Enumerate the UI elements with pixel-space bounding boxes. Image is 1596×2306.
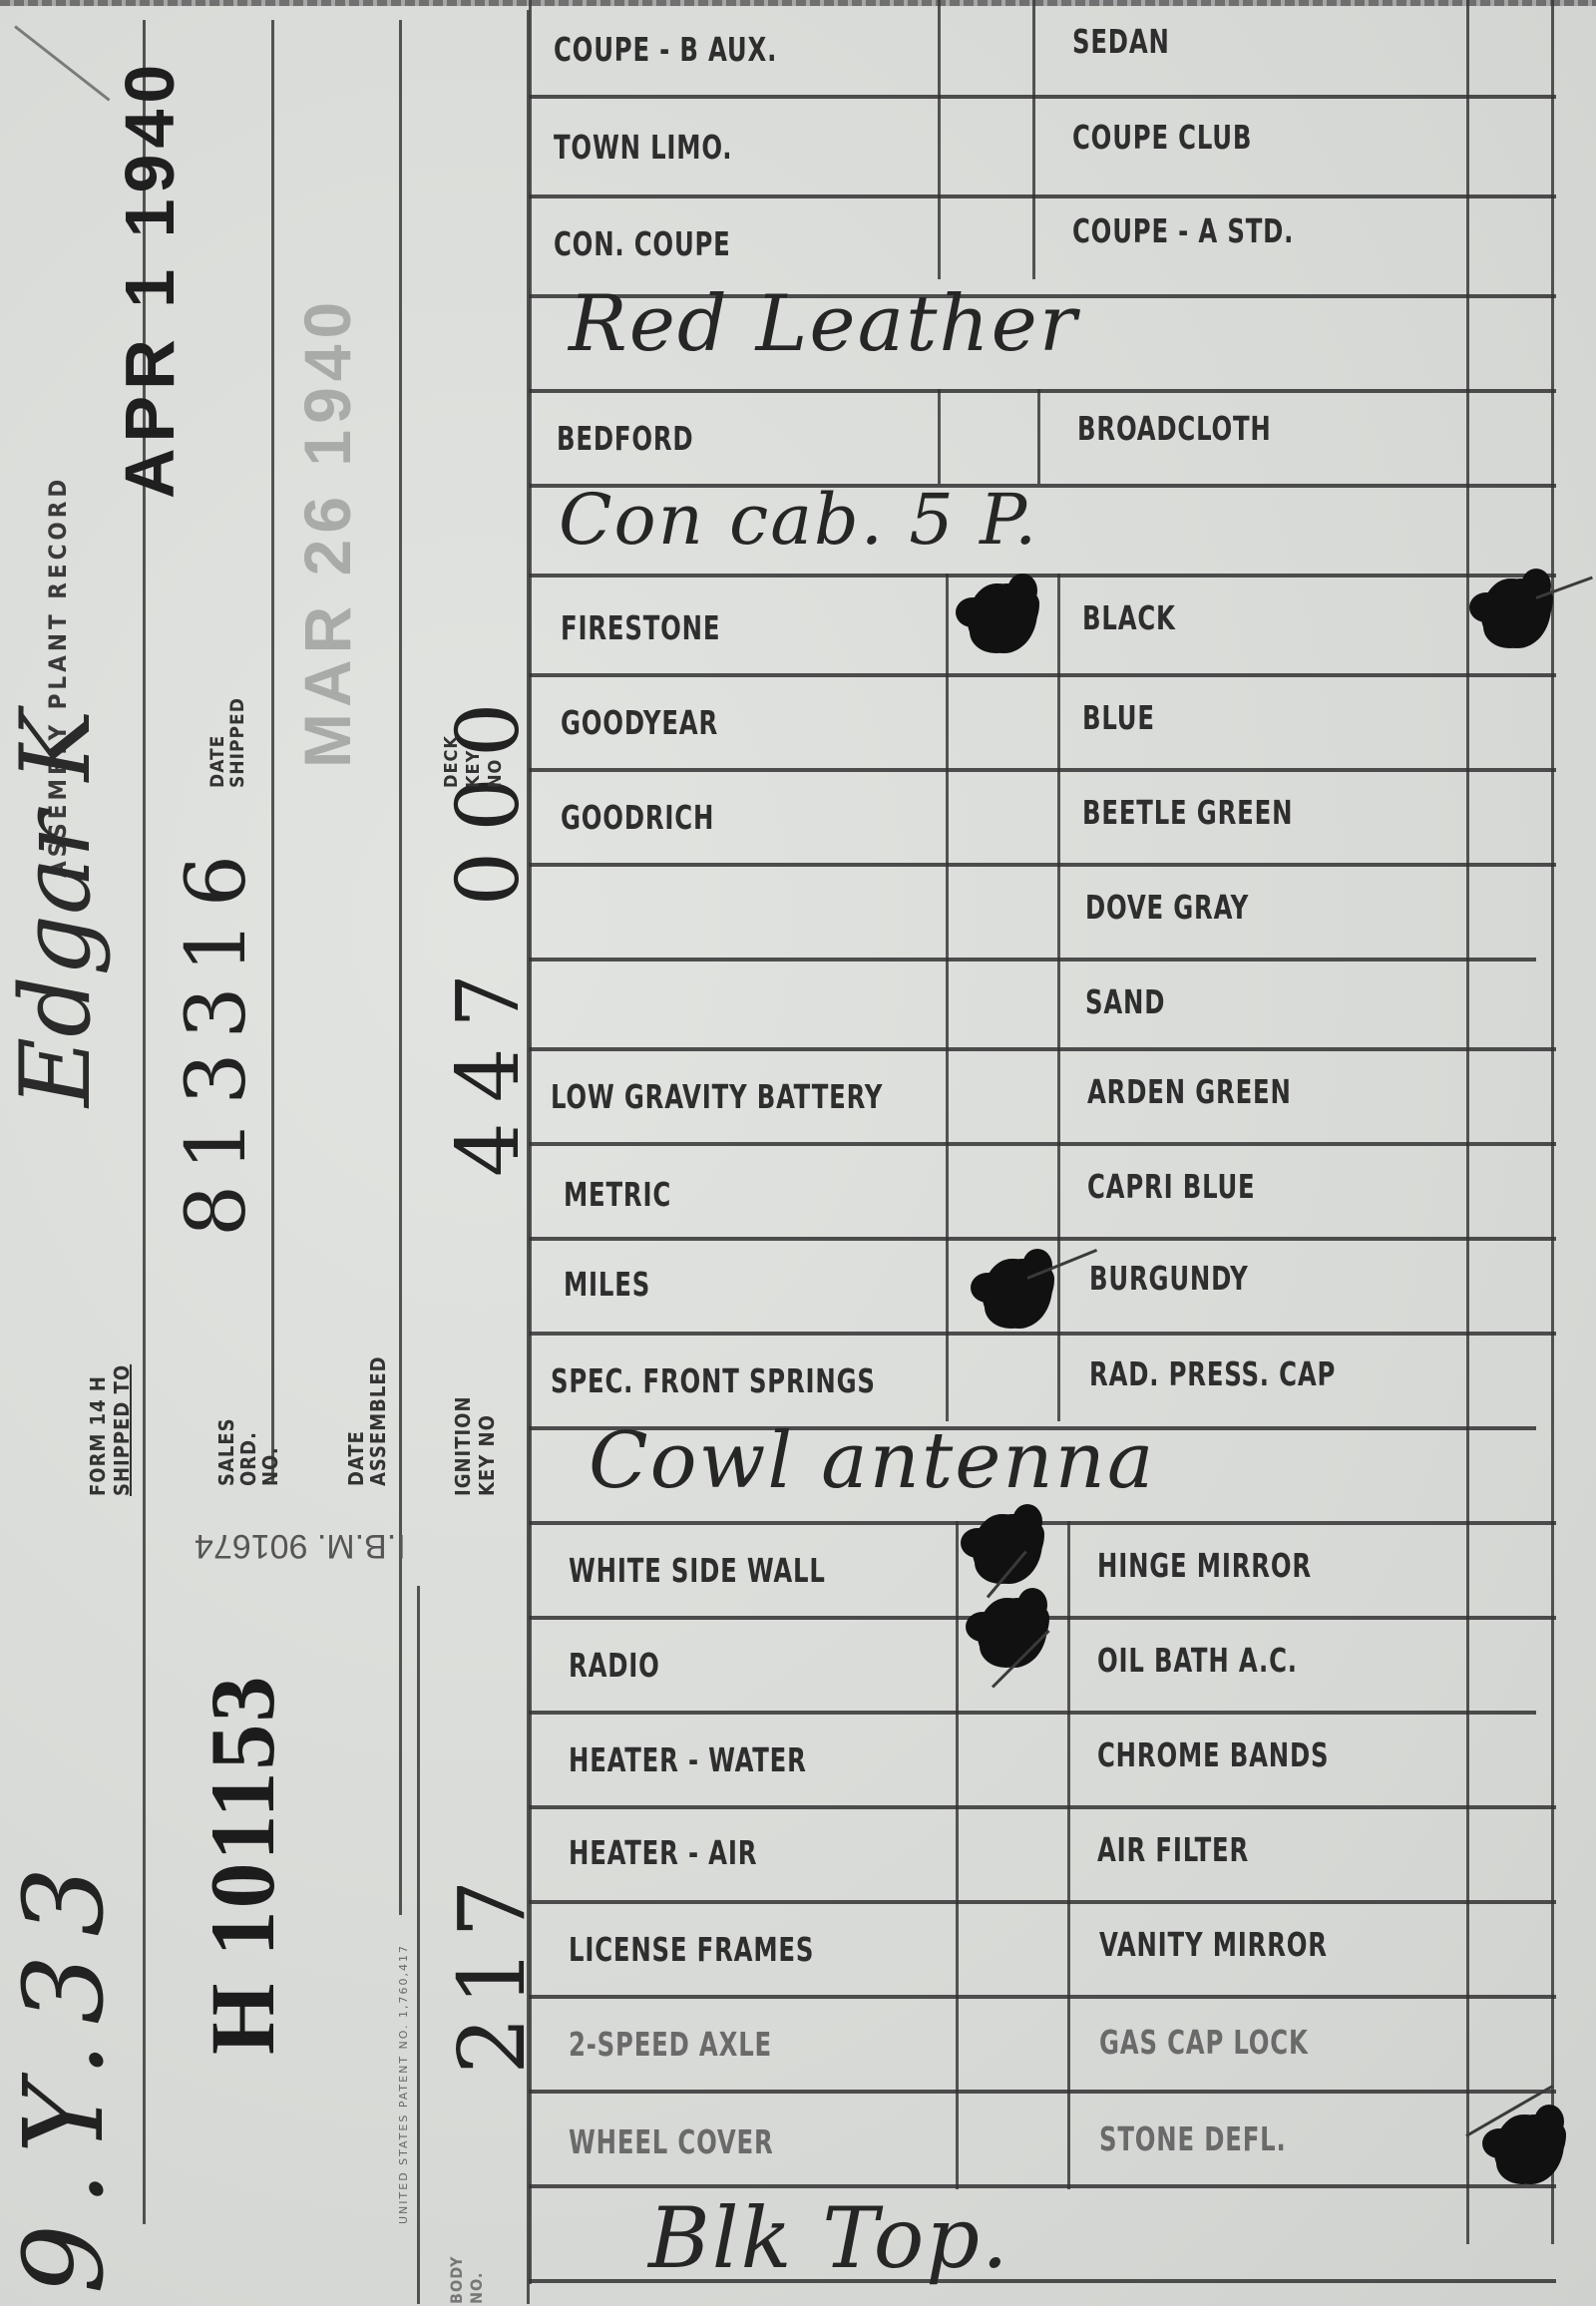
option-dove-gray: DOVE GRAY <box>1085 888 1249 927</box>
grid-rule <box>1466 0 1469 2244</box>
date-shipped-label: DATE SHIPPED <box>207 688 247 788</box>
option-low-gravity-battery: LOW GRAVITY BATTERY <box>551 1077 883 1116</box>
grid-rule <box>529 2184 1556 2188</box>
option-metric: METRIC <box>564 1175 671 1214</box>
options-grid: COUPE - B AUX. SEDAN TOWN LIMO. COUPE CL… <box>529 0 1556 2306</box>
grid-rule <box>529 2090 1556 2094</box>
option-rad-press-cap: RAD. PRESS. CAP <box>1089 1354 1336 1393</box>
option-blue: BLUE <box>1082 698 1155 737</box>
grid-rule <box>529 768 1556 772</box>
grid-rule <box>529 95 1556 99</box>
date-shipped-value: APR 1 1940 <box>110 59 190 499</box>
grid-rule <box>529 1332 1556 1336</box>
grid-rule <box>529 389 1556 393</box>
option-gas-cap-lock: GAS CAP LOCK <box>1099 2023 1309 2062</box>
grid-rule <box>938 0 941 279</box>
option-sand: SAND <box>1085 982 1165 1021</box>
grid-rule <box>529 574 1556 577</box>
option-town-limo: TOWN LIMO. <box>554 128 732 167</box>
handwritten-upholstery: Red Leather <box>569 279 1078 369</box>
option-air-filter: AIR FILTER <box>1097 1830 1249 1869</box>
option-stone-defl: STONE DEFL. <box>1099 2119 1287 2158</box>
option-white-side-wall: WHITE SIDE WALL <box>569 1551 826 1590</box>
option-sedan: SEDAN <box>1072 22 1170 61</box>
option-black: BLACK <box>1082 598 1176 637</box>
form-number-label: FORM 14 H <box>86 1375 110 1496</box>
grid-rule <box>529 673 1556 677</box>
patent-text: UNITED STATES PATENT NO. 1,760,417 <box>397 1944 410 2224</box>
column-rule <box>271 20 274 1481</box>
handwritten-top: Blk Top. <box>648 2189 1010 2287</box>
column-rule <box>399 20 402 1915</box>
deck-key-number-label: DECK KEY NO <box>441 724 507 788</box>
option-heater-air: HEATER - AIR <box>569 1833 757 1872</box>
option-burgundy: BURGUNDY <box>1089 1259 1249 1298</box>
grid-rule <box>529 194 1556 198</box>
check-mark-black <box>1481 578 1551 648</box>
option-coupe-b-aux: COUPE - B AUX. <box>554 30 777 69</box>
option-wheel-cover: WHEEL COVER <box>569 2122 774 2161</box>
grid-rule <box>1032 0 1035 279</box>
column-rule <box>417 1586 420 2304</box>
option-oil-bath-ac: OIL BATH A.C. <box>1097 1641 1298 1680</box>
option-coupe-a-std: COUPE - A STD. <box>1072 211 1294 250</box>
grid-rule <box>1037 389 1040 484</box>
date-assembled-label: DATE ASSEMBLED <box>345 1366 389 1486</box>
grid-rule <box>529 1805 1556 1809</box>
check-mark-firestone <box>968 583 1037 653</box>
grid-rule <box>1551 0 1554 2244</box>
option-firestone: FIRESTONE <box>561 608 720 647</box>
body-number-label: BODY NO. <box>447 2254 487 2304</box>
handwritten-accessory: Cowl antenna <box>589 1416 1155 1506</box>
handwritten-body-style: Con cab. 5 P. <box>559 479 1038 561</box>
grid-rule <box>1057 574 1060 1421</box>
shipped-to-value: Edgar K <box>0 710 112 1107</box>
option-coupe-club: COUPE CLUB <box>1072 118 1252 157</box>
body-number-handwritten: 9.Y.33 <box>0 1849 128 2294</box>
option-license-frames: LICENSE FRAMES <box>569 1930 814 1969</box>
sales-order-number-label: SALES ORD. NO. <box>215 1406 281 1486</box>
check-mark-miles <box>983 1259 1052 1329</box>
grid-rule <box>529 1237 1556 1241</box>
date-assembled-value: MAR 26 1940 <box>289 296 365 768</box>
option-vanity-mirror: VANITY MIRROR <box>1099 1925 1328 1964</box>
option-radio: RADIO <box>569 1646 660 1685</box>
option-2-speed-axle: 2-SPEED AXLE <box>569 2025 772 2064</box>
option-goodrich: GOODRICH <box>561 798 714 837</box>
option-hinge-mirror: HINGE MIRROR <box>1097 1546 1312 1585</box>
option-goodyear: GOODYEAR <box>561 703 718 742</box>
shipped-to-label: SHIPPED TO <box>110 1364 134 1496</box>
ignition-key-number-label: IGNITION KEY NO <box>451 1396 499 1496</box>
grid-rule <box>529 1900 1556 1904</box>
grid-rule <box>529 958 1536 961</box>
grid-rule <box>946 574 949 1421</box>
option-chrome-bands: CHROME BANDS <box>1097 1735 1329 1774</box>
option-arden-green: ARDEN GREEN <box>1087 1072 1292 1111</box>
grid-rule <box>529 1142 1556 1146</box>
ibm-number: I.B.M. 901674 <box>195 1526 406 1565</box>
grid-rule <box>529 1711 1536 1715</box>
grid-rule <box>529 863 1556 867</box>
option-con-coupe: CON. COUPE <box>554 224 731 263</box>
option-beetle-green: BEETLE GREEN <box>1082 793 1293 832</box>
grid-rule <box>529 1995 1556 1999</box>
option-bedford: BEDFORD <box>557 419 693 458</box>
option-spec-front-springs: SPEC. FRONT SPRINGS <box>551 1361 876 1400</box>
option-capri-blue: CAPRI BLUE <box>1087 1167 1256 1206</box>
option-broadcloth: BROADCLOTH <box>1077 409 1272 448</box>
grid-rule <box>529 1047 1556 1051</box>
sales-order-number-value: 813316 <box>170 841 264 1237</box>
option-heater-water: HEATER - WATER <box>569 1740 807 1779</box>
grid-rule <box>529 1521 1556 1525</box>
check-mark-radio <box>978 1598 1047 1668</box>
grid-rule <box>938 389 941 484</box>
option-miles: MILES <box>564 1265 650 1304</box>
body-number-stamped: H 101153 <box>190 1675 295 2055</box>
